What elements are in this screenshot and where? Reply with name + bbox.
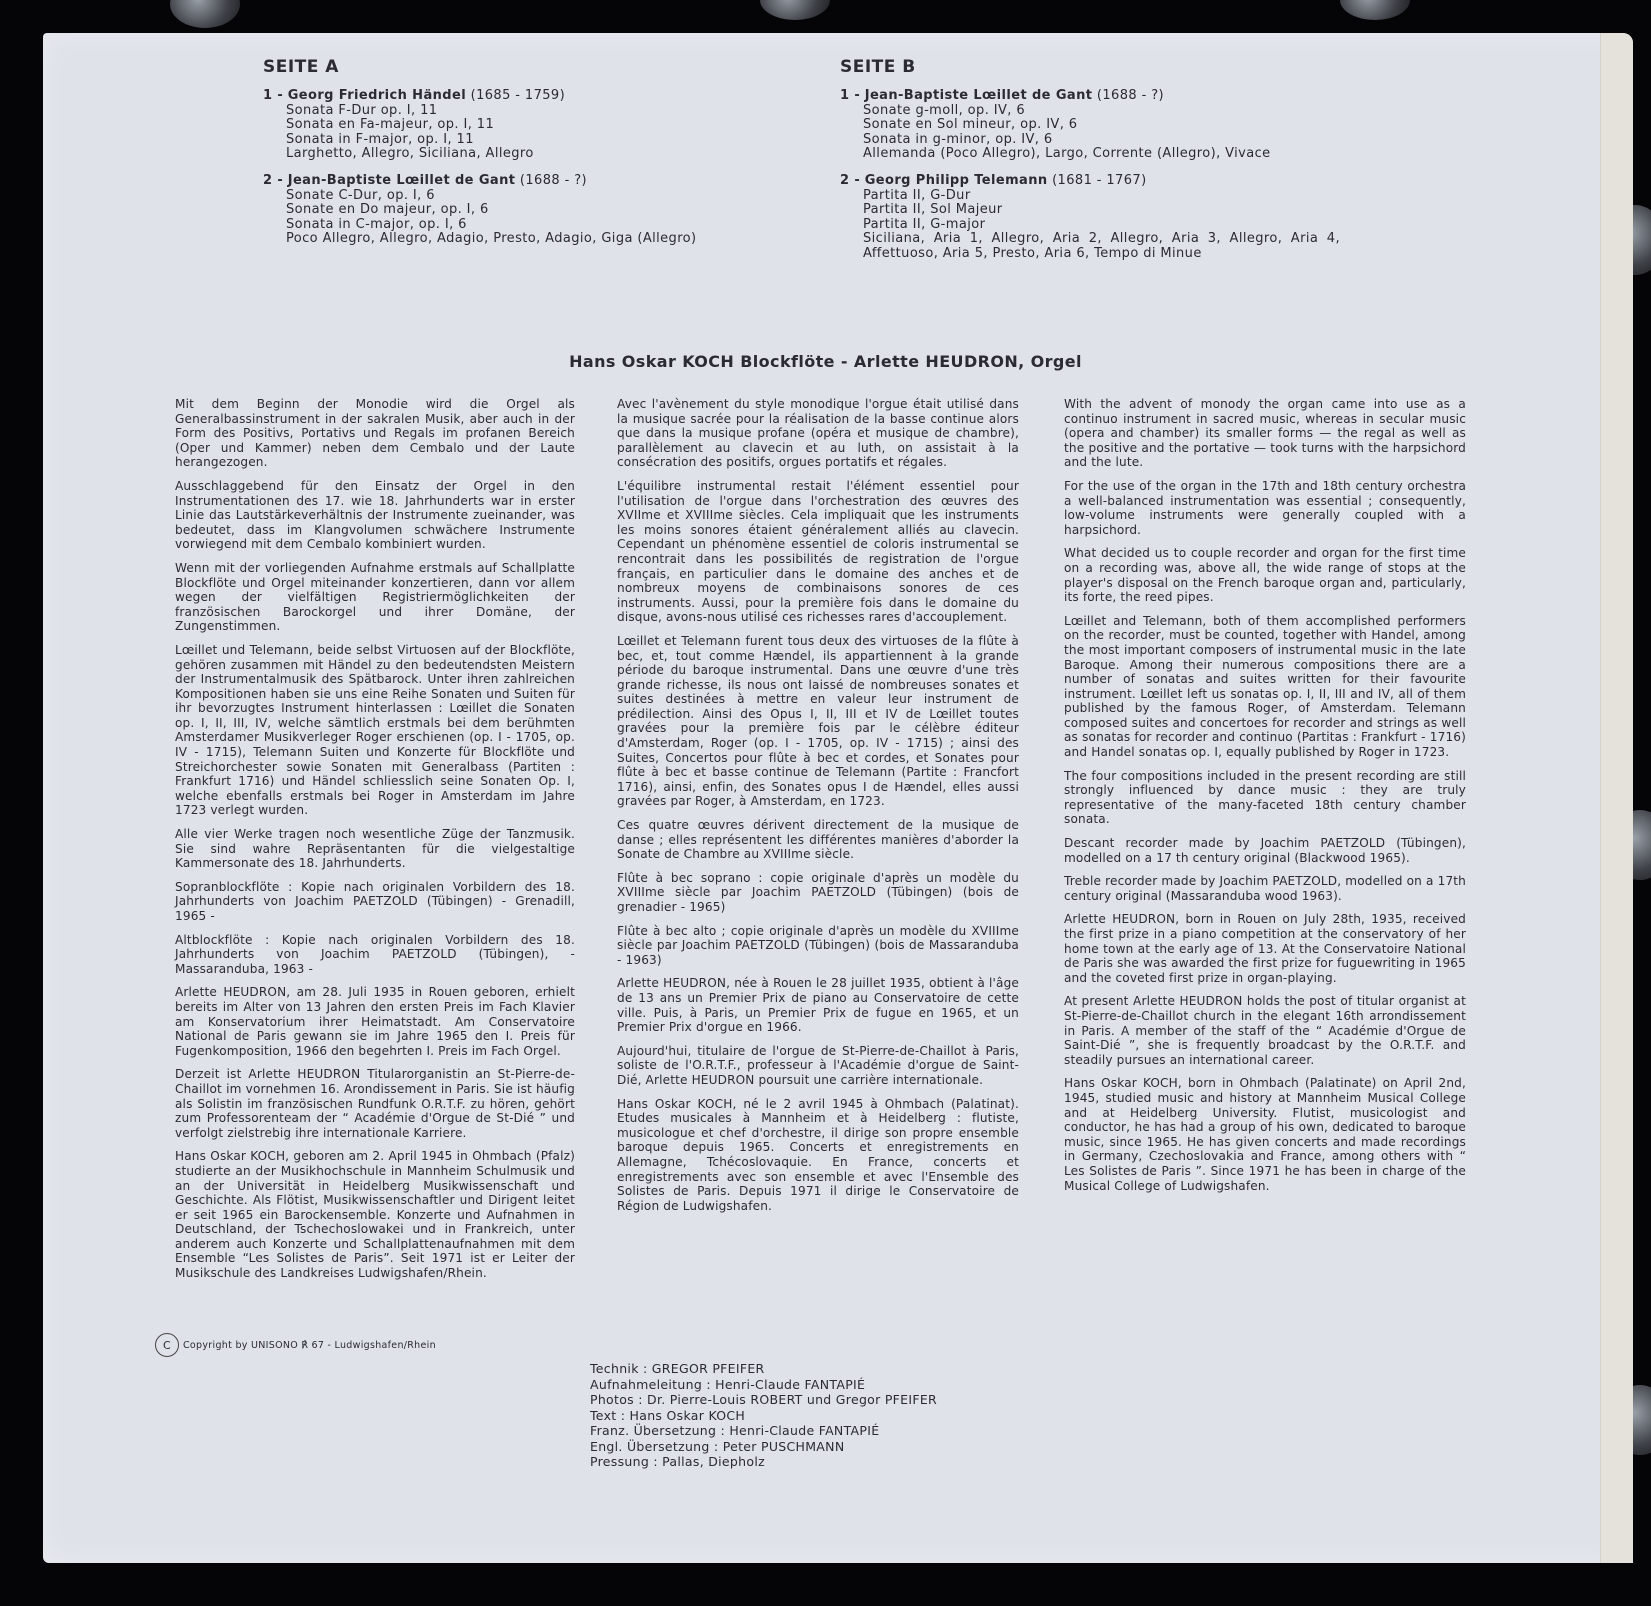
liner-notes-german: Mit dem Beginn der Monodie wird die Orge… xyxy=(175,397,575,1290)
holder-clip xyxy=(170,0,240,28)
composer-name: Georg Philipp Telemann xyxy=(865,173,1048,188)
note-paragraph: Altblockflöte : Kopie nach originalen Vo… xyxy=(175,933,575,977)
side-a-tracklist: SEITE A 1 - Georg Friedrich Händel (1685… xyxy=(263,57,743,259)
note-paragraph: L'équilibre instrumental restait l'éléme… xyxy=(617,479,1019,625)
holder-clip xyxy=(760,0,830,20)
track-number: 2 - xyxy=(840,173,860,188)
composer-name: Jean-Baptiste Lœillet de Gant xyxy=(865,88,1093,103)
liner-notes-french: Avec l'avènement du style monodique l'or… xyxy=(617,397,1019,1222)
composer-dates: (1688 - ?) xyxy=(1097,88,1164,103)
note-paragraph: Hans Oskar KOCH, né le 2 avril 1945 à Oh… xyxy=(617,1097,1019,1214)
piece-line: Partita II, G-Dur xyxy=(863,189,1340,204)
side-a-title: SEITE A xyxy=(263,57,743,77)
composer-name: Georg Friedrich Händel xyxy=(288,88,466,103)
note-paragraph: What decided us to couple recorder and o… xyxy=(1064,546,1466,604)
note-paragraph: Flûte à bec soprano : copie originale d'… xyxy=(617,871,1019,915)
note-paragraph: Hans Oskar KOCH, geboren am 2. April 194… xyxy=(175,1149,575,1280)
piece-line: Sonate en Sol mineur, op. IV, 6 xyxy=(863,118,1340,133)
note-paragraph: Sopranblockflöte : Kopie nach originalen… xyxy=(175,880,575,924)
piece-line: Siciliana, Aria 1, Allegro, Aria 2, Alle… xyxy=(863,232,1340,261)
note-paragraph: Descant recorder made by Joachim PAETZOL… xyxy=(1064,836,1466,865)
track-entry: 1 - Jean-Baptiste Lœillet de Gant (1688 … xyxy=(840,89,1340,162)
note-paragraph: Flûte à bec alto ; copie originale d'apr… xyxy=(617,924,1019,968)
note-paragraph: Ausschlaggebend für den Einsatz der Orge… xyxy=(175,479,575,552)
track-number: 2 - xyxy=(263,173,283,188)
note-paragraph: Arlette HEUDRON, am 28. Juli 1935 in Rou… xyxy=(175,985,575,1058)
liner-notes-english: With the advent of monody the organ came… xyxy=(1064,397,1466,1202)
note-paragraph: Ces quatre œuvres dérivent directement d… xyxy=(617,818,1019,862)
note-paragraph: Avec l'avènement du style monodique l'or… xyxy=(617,397,1019,470)
note-paragraph: Lœillet et Telemann furent tous deux des… xyxy=(617,634,1019,809)
note-paragraph: Derzeit ist Arlette HEUDRON Titularorgan… xyxy=(175,1067,575,1140)
track-heading: 1 - Jean-Baptiste Lœillet de Gant (1688 … xyxy=(840,89,1340,104)
track-number: 1 - xyxy=(840,88,860,103)
note-paragraph: Lœillet and Telemann, both of them accom… xyxy=(1064,614,1466,760)
note-paragraph: Lœillet und Telemann, beide selbst Virtu… xyxy=(175,643,575,818)
note-paragraph: The four compositions included in the pr… xyxy=(1064,769,1466,827)
credit-line: Pressung : Pallas, Diepholz xyxy=(590,1454,937,1470)
track-number: 1 - xyxy=(263,88,283,103)
note-paragraph: Mit dem Beginn der Monodie wird die Orge… xyxy=(175,397,575,470)
piece-line: Sonate C-Dur, op. I, 6 xyxy=(286,189,743,204)
piece-line: Sonata in C-major, op. I, 6 xyxy=(286,218,743,233)
piece-line: Partita II, G-major xyxy=(863,218,1340,233)
composer-dates: (1688 - ?) xyxy=(520,173,587,188)
track-heading: 2 - Jean-Baptiste Lœillet de Gant (1688 … xyxy=(263,174,743,189)
credit-line: Engl. Übersetzung : Peter PUSCHMANN xyxy=(590,1439,937,1455)
composer-dates: (1681 - 1767) xyxy=(1052,173,1146,188)
copyright-text: Copyright by UNISONO ℟ 67 - Ludwigshafen… xyxy=(183,1340,436,1351)
note-paragraph: Arlette HEUDRON, née à Rouen le 28 juill… xyxy=(617,976,1019,1034)
copyright-icon: C xyxy=(155,1333,179,1357)
piece-line: Sonata en Fa-majeur, op. I, 11 xyxy=(286,118,743,133)
holder-clip xyxy=(1340,0,1410,20)
piece-line: Larghetto, Allegro, Siciliana, Allegro xyxy=(286,147,743,162)
track-entry: 1 - Georg Friedrich Händel (1685 - 1759)… xyxy=(263,89,743,162)
track-entry: 2 - Jean-Baptiste Lœillet de Gant (1688 … xyxy=(263,174,743,247)
performers-heading: Hans Oskar KOCH Blockflöte - Arlette HEU… xyxy=(0,352,1651,371)
note-paragraph: With the advent of monody the organ came… xyxy=(1064,397,1466,470)
piece-line: Partita II, Sol Majeur xyxy=(863,203,1340,218)
composer-name: Jean-Baptiste Lœillet de Gant xyxy=(288,173,516,188)
piece-line: Sonate en Do majeur, op. I, 6 xyxy=(286,203,743,218)
credit-line: Technik : GREGOR PFEIFER xyxy=(590,1361,937,1377)
track-entry: 2 - Georg Philipp Telemann (1681 - 1767)… xyxy=(840,174,1340,262)
side-b-tracklist: SEITE B 1 - Jean-Baptiste Lœillet de Gan… xyxy=(840,57,1340,274)
note-paragraph: Alle vier Werke tragen noch wesentliche … xyxy=(175,827,575,871)
piece-line: Sonata in g-minor, op. IV, 6 xyxy=(863,133,1340,148)
piece-line: Sonate g-moll, op. IV, 6 xyxy=(863,104,1340,119)
credit-line: Franz. Übersetzung : Henri-Claude FANTAP… xyxy=(590,1423,937,1439)
piece-line: Allemanda (Poco Allegro), Largo, Corrent… xyxy=(863,147,1340,162)
note-paragraph: Aujourd'hui, titulaire de l'orgue de St-… xyxy=(617,1044,1019,1088)
piece-line: Sonata F-Dur op. I, 11 xyxy=(286,104,743,119)
credit-line: Text : Hans Oskar KOCH xyxy=(590,1408,937,1424)
piece-line: Poco Allegro, Allegro, Adagio, Presto, A… xyxy=(286,232,743,247)
credit-line: Photos : Dr. Pierre-Louis ROBERT und Gre… xyxy=(590,1392,937,1408)
production-credits: Technik : GREGOR PFEIFER Aufnahmeleitung… xyxy=(590,1361,937,1470)
note-paragraph: Arlette HEUDRON, born in Rouen on July 2… xyxy=(1064,912,1466,985)
note-paragraph: Hans Oskar KOCH, born in Ohmbach (Palati… xyxy=(1064,1076,1466,1193)
side-b-title: SEITE B xyxy=(840,57,1340,77)
note-paragraph: At present Arlette HEUDRON holds the pos… xyxy=(1064,994,1466,1067)
copyright-notice: C Copyright by UNISONO ℟ 67 - Ludwigshaf… xyxy=(155,1333,436,1357)
credit-line: Aufnahmeleitung : Henri-Claude FANTAPIÉ xyxy=(590,1377,937,1393)
note-paragraph: Wenn mit der vorliegenden Aufnahme erstm… xyxy=(175,561,575,634)
piece-line: Sonata in F-major, op. I, 11 xyxy=(286,133,743,148)
note-paragraph: For the use of the organ in the 17th and… xyxy=(1064,479,1466,537)
composer-dates: (1685 - 1759) xyxy=(471,88,565,103)
track-heading: 1 - Georg Friedrich Händel (1685 - 1759) xyxy=(263,89,743,104)
note-paragraph: Treble recorder made by Joachim PAETZOLD… xyxy=(1064,874,1466,903)
track-heading: 2 - Georg Philipp Telemann (1681 - 1767) xyxy=(840,174,1340,189)
